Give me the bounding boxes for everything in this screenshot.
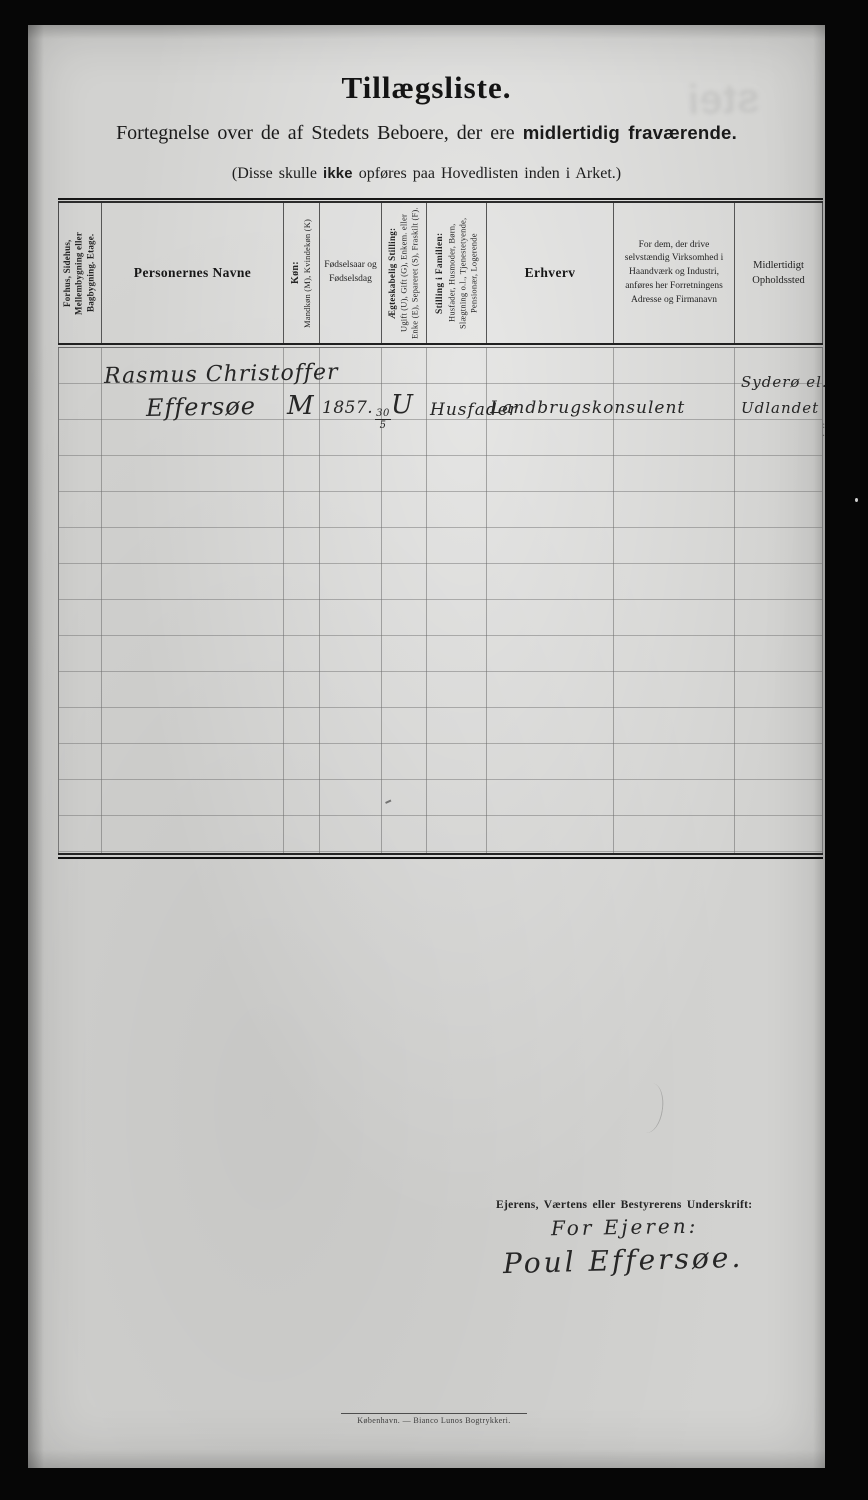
birth-frac-numerator: 30 [375, 408, 391, 420]
entry-occupation: Landbrugskonsulent [490, 398, 685, 418]
column-header-building: Forhus, Sidehus, Mellembygning eller Bag… [59, 203, 101, 343]
column-header-marital-label: Ægteskabelig Stilling:Ugift (U), Gift (G… [387, 207, 421, 339]
entry-birth-year: 1857. [322, 398, 373, 418]
column-header-business: For dem, der drive selvstændig Virksomhe… [613, 203, 734, 343]
column-header-names-label: Personernes Navne [134, 265, 251, 281]
entry-birth-day-fraction: 305 [375, 408, 391, 431]
signature-for-owner: For Ejeren: [551, 1214, 699, 1241]
marital-header-sub: Ugift (U), Gift (G), Enkem. eller Enke (… [399, 207, 420, 339]
column-header-marital: Ægteskabelig Stilling:Ugift (U), Gift (G… [381, 203, 426, 343]
column-header-occupation: Erhverv [486, 203, 613, 343]
printer-imprint: København. — Bianco Lunos Bogtrykkeri. [341, 1413, 527, 1425]
column-divider [486, 348, 487, 853]
family-header-main: Stilling i Familien: [434, 207, 446, 339]
birth-frac-denominator: 5 [375, 420, 391, 431]
marital-header-main: Ægteskabelig Stilling: [387, 207, 399, 339]
column-header-birthdate-label: Fødselsaar og Fødselsdag [321, 259, 380, 287]
column-header-stay: Midlertidigt Opholdssted [734, 203, 822, 343]
entry-stay-line1: Syderø el. [741, 373, 828, 391]
entry-sex: M [287, 391, 315, 421]
column-divider [613, 348, 614, 853]
column-divider [734, 348, 735, 853]
scan-background: { "page": { "title": "Tillægsliste.", "s… [0, 0, 868, 1500]
column-header-names: Personernes Navne [101, 203, 283, 343]
table-header-row: Forhus, Sidehus, Mellembygning eller Bag… [58, 203, 823, 343]
note-post-text: opføres paa Hovedlisten inden i Arket.) [353, 165, 621, 182]
subtitle-regular-text: Fortegnelse over de af Stedets Beboere, … [116, 122, 523, 144]
signature-label: Ejerens, Værtens eller Bestyrerens Under… [496, 1199, 796, 1211]
column-divider [319, 348, 320, 853]
pen-arc-artifact [633, 1081, 667, 1134]
column-header-building-label: Forhus, Sidehus, Mellembygning eller Bag… [62, 207, 97, 339]
entry-birthdate: 1857.305 [322, 398, 391, 431]
entry-name-line2: Effersøe [146, 392, 256, 422]
ink-marks: : · [822, 420, 830, 450]
column-header-family-position-label: Stilling i Familien:Husfader, Husmoder, … [434, 207, 479, 339]
column-divider [101, 348, 102, 853]
dust-speck [855, 498, 858, 502]
sex-header-sub: Mandkøn (M), Kvindekøn (K) [302, 218, 312, 327]
column-header-sex: Køn:Mandkøn (M), Kvindekøn (K) [283, 203, 319, 343]
entry-name-line1: Rasmus Christoffer [104, 360, 339, 389]
table-body: Rasmus Christoffer Effersøe M 1857.305 U… [58, 348, 823, 853]
column-header-business-label: For dem, der drive selvstændig Virksomhe… [622, 239, 726, 308]
entry-stay-line2: Udlandet [741, 399, 819, 417]
note-pre-text: (Disse skulle [232, 165, 323, 182]
table-bottom-rule [58, 853, 823, 859]
column-header-stay-label: Midlertidigt Opholdssted [736, 258, 821, 288]
family-header-sub: Husfader, Husmoder, Børn, Slægtning o.l.… [446, 217, 478, 328]
entry-marital-status: U [391, 390, 414, 420]
bleed-through-artifact: stei [663, 73, 785, 137]
column-header-family-position: Stilling i Familien:Husfader, Husmoder, … [426, 203, 486, 343]
column-divider [283, 348, 284, 853]
signature-name: Poul Effersøe. [503, 1241, 744, 1280]
sex-header-main: Køn: [289, 207, 302, 339]
column-divider [426, 348, 427, 853]
census-table: Forhus, Sidehus, Mellembygning eller Bag… [58, 198, 823, 859]
scanned-page: Tillægsliste. Fortegnelse over de af Ste… [28, 25, 825, 1468]
note-bold-text: ikke [323, 166, 353, 182]
column-header-sex-label: Køn:Mandkøn (M), Kvindekøn (K) [289, 207, 313, 339]
page-note: (Disse skulle ikke opføres paa Hovedlist… [28, 165, 825, 183]
column-header-birthdate: Fødselsaar og Fødselsdag [319, 203, 381, 343]
column-header-occupation-label: Erhverv [525, 265, 576, 281]
